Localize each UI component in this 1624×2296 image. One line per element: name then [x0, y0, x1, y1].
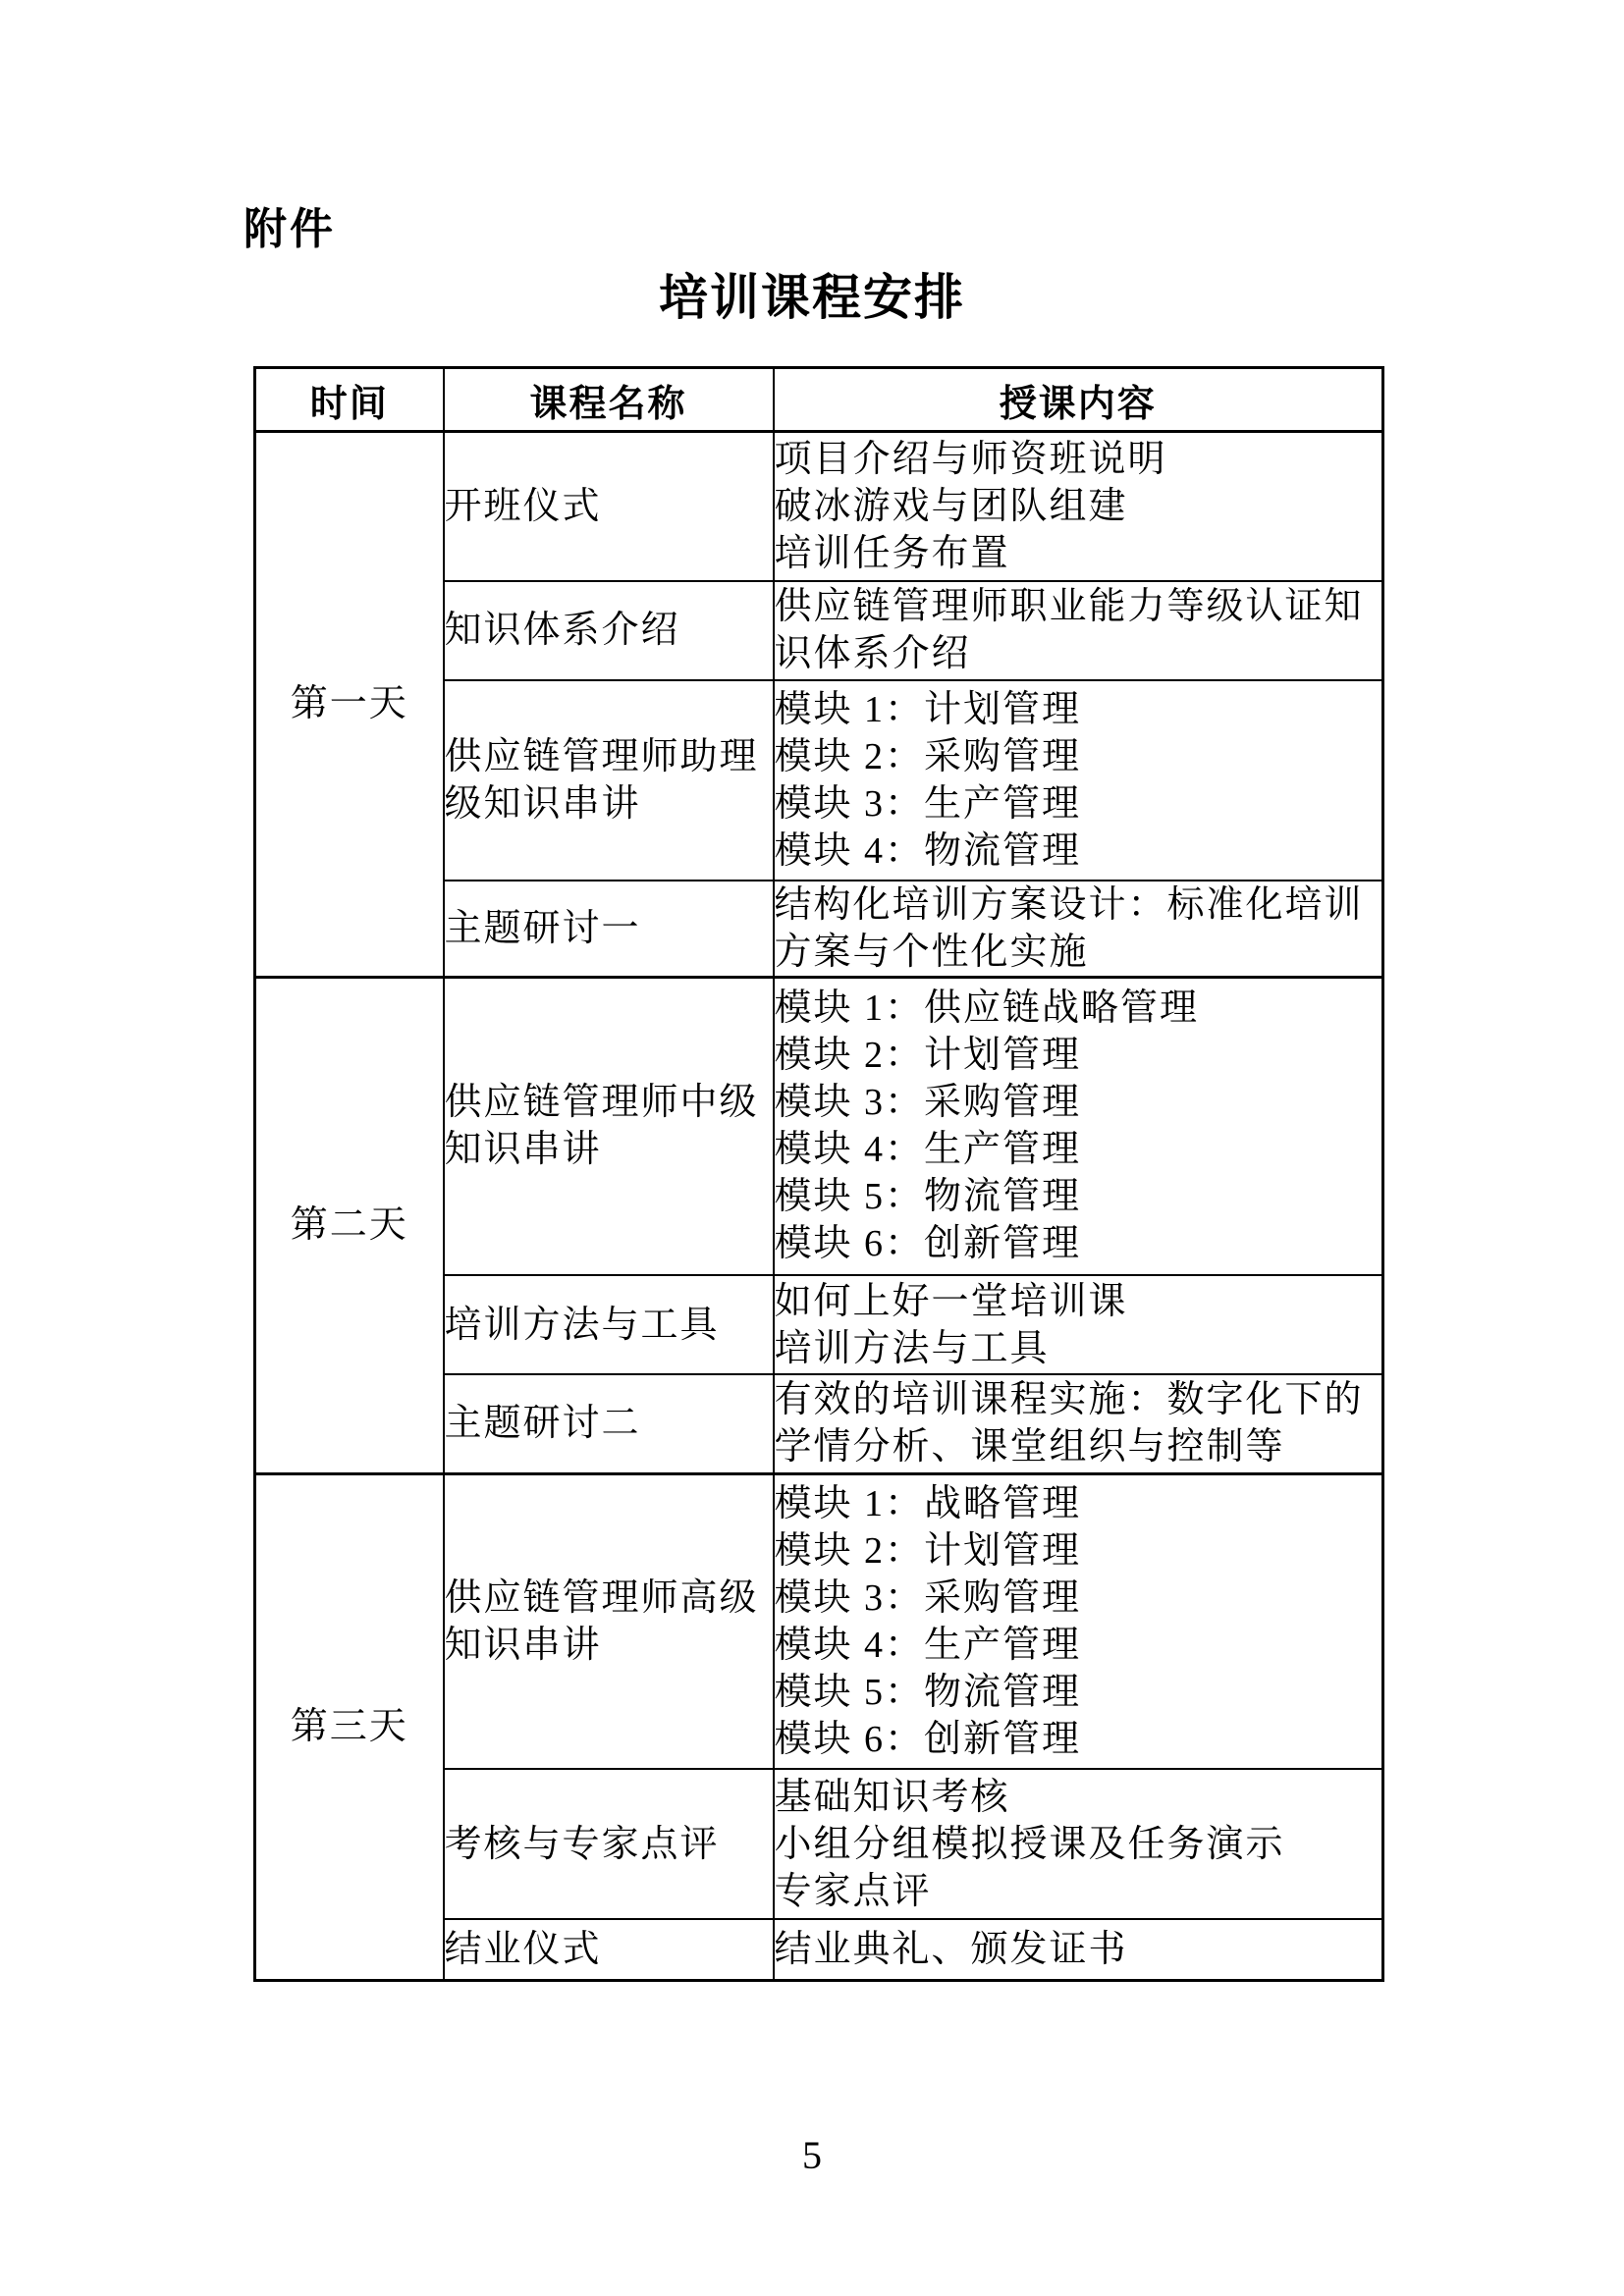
course-name-cell: 培训方法与工具: [444, 1275, 774, 1374]
course-content-cell: 模块 1：战略管理 模块 2：计划管理 模块 3：采购管理 模块 4：生产管理 …: [774, 1473, 1383, 1769]
course-name-cell: 知识体系介绍: [444, 581, 774, 680]
day-label-day3: 第三天: [255, 1473, 444, 1980]
page-number: 5: [0, 2132, 1624, 2178]
table-row: 第二天 供应链管理师中级知识串讲 模块 1：供应链战略管理 模块 2：计划管理 …: [255, 977, 1383, 1275]
course-content-cell: 项目介绍与师资班说明 破冰游戏与团队组建 培训任务布置: [774, 432, 1383, 581]
page-title: 培训课程安排: [0, 271, 1624, 325]
course-content-cell: 模块 1：计划管理 模块 2：采购管理 模块 3：生产管理 模块 4：物流管理: [774, 680, 1383, 881]
course-content-cell: 有效的培训课程实施：数字化下的学情分析、课堂组织与控制等: [774, 1374, 1383, 1473]
course-schedule-table: 时间 课程名称 授课内容 第一天 开班仪式 项目介绍与师资班说明 破冰游戏与团队…: [253, 366, 1384, 1982]
course-name-cell: 供应链管理师中级知识串讲: [444, 977, 774, 1275]
day-label-day1: 第一天: [255, 432, 444, 978]
course-name-cell: 考核与专家点评: [444, 1769, 774, 1919]
attachment-label: 附件: [244, 206, 336, 253]
course-content-cell: 基础知识考核 小组分组模拟授课及任务演示 专家点评: [774, 1769, 1383, 1919]
table-row: 第一天 开班仪式 项目介绍与师资班说明 破冰游戏与团队组建 培训任务布置: [255, 432, 1383, 581]
day-label-day2: 第二天: [255, 977, 444, 1473]
course-name-cell: 主题研讨一: [444, 881, 774, 978]
course-name-cell: 供应链管理师助理级知识串讲: [444, 680, 774, 881]
course-name-cell: 结业仪式: [444, 1919, 774, 1980]
table-header-row: 时间 课程名称 授课内容: [255, 368, 1383, 432]
header-time: 时间: [255, 368, 444, 432]
header-teaching-content: 授课内容: [774, 368, 1383, 432]
course-name-cell: 主题研讨二: [444, 1374, 774, 1473]
course-name-cell: 开班仪式: [444, 432, 774, 581]
course-content-cell: 如何上好一堂培训课 培训方法与工具: [774, 1275, 1383, 1374]
table-row: 第三天 供应链管理师高级知识串讲 模块 1：战略管理 模块 2：计划管理 模块 …: [255, 1473, 1383, 1769]
course-content-cell: 结业典礼、颁发证书: [774, 1919, 1383, 1980]
course-content-cell: 结构化培训方案设计：标准化培训方案与个性化实施: [774, 881, 1383, 978]
course-name-cell: 供应链管理师高级知识串讲: [444, 1473, 774, 1769]
course-content-cell: 模块 1：供应链战略管理 模块 2：计划管理 模块 3：采购管理 模块 4：生产…: [774, 977, 1383, 1275]
header-course-name: 课程名称: [444, 368, 774, 432]
document-page: 附件 培训课程安排 时间 课程名称 授课内容 第一天 开班仪式 项目介绍与师资班…: [0, 0, 1624, 2296]
course-content-cell: 供应链管理师职业能力等级认证知识体系介绍: [774, 581, 1383, 680]
